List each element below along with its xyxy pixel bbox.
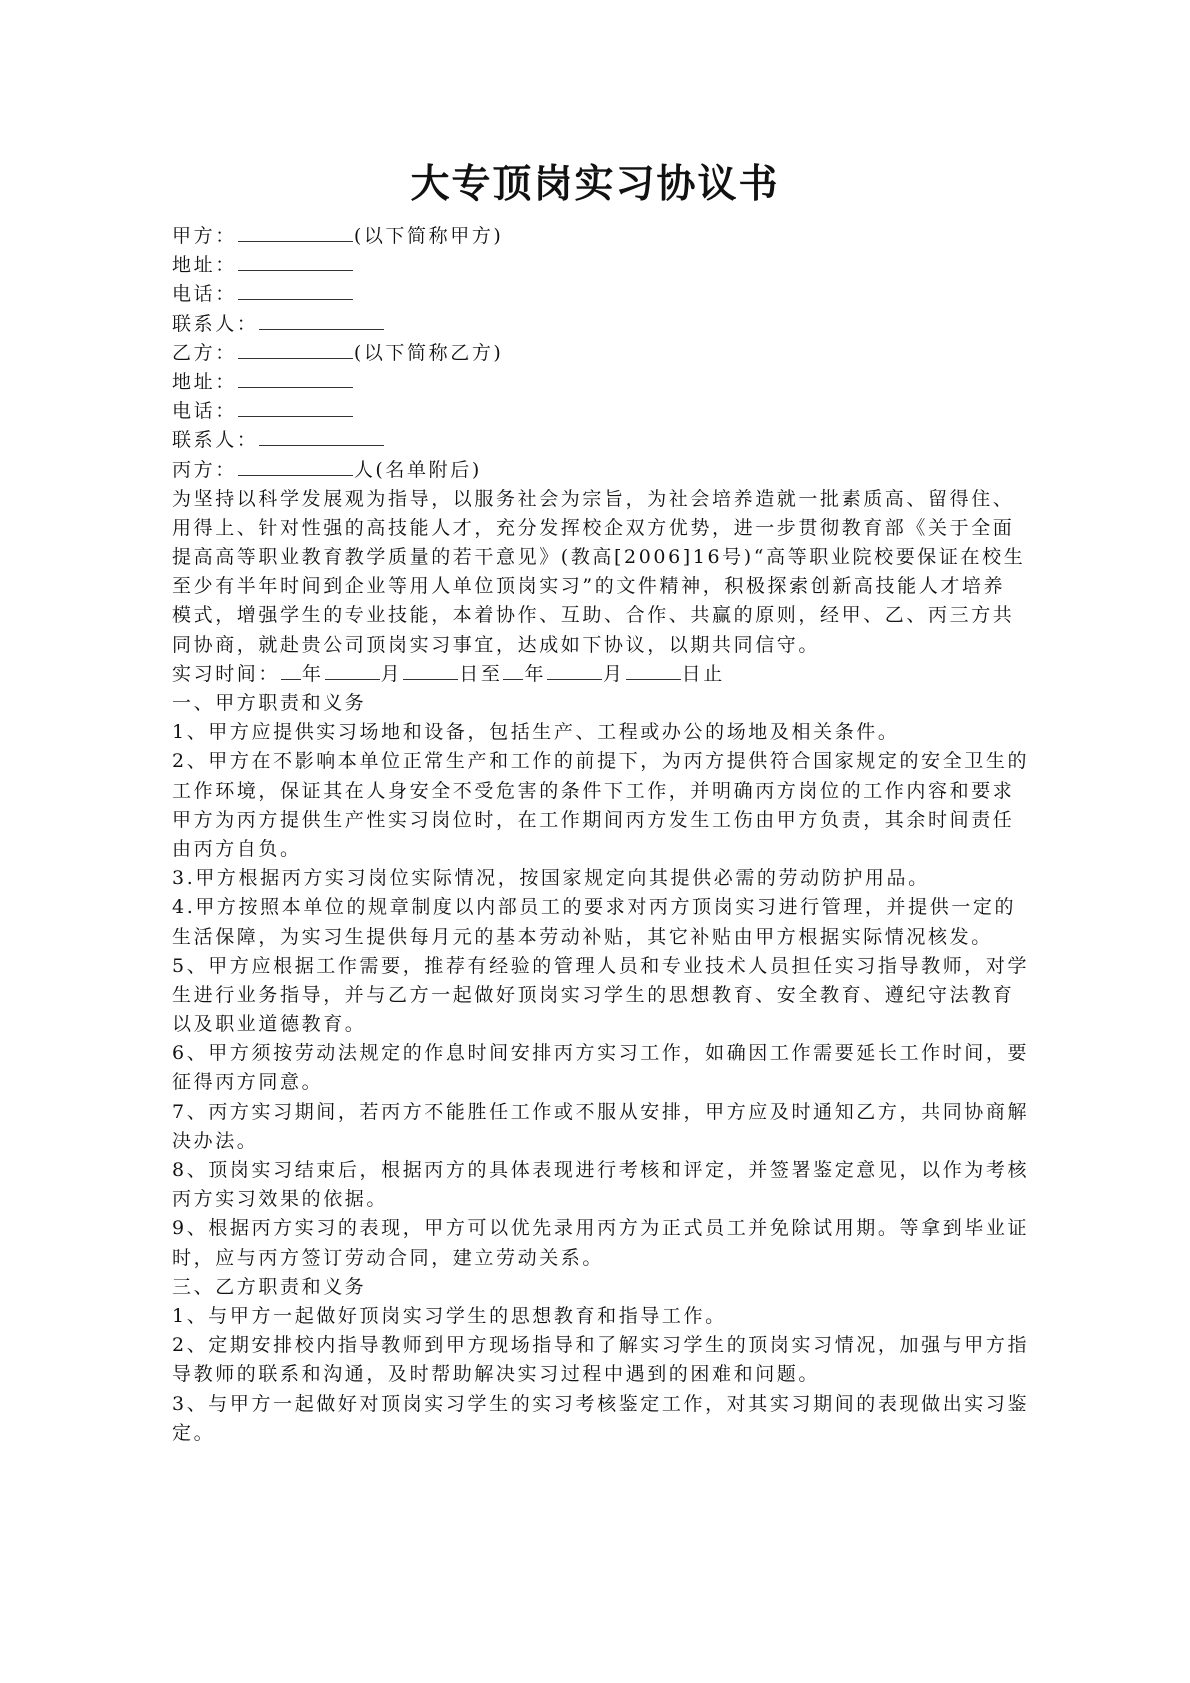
section-1-line: 2、甲方在不影响本单位正常生产和工作的前提下，为丙方提供符合国家规定的安全卫生的 <box>172 747 1018 776</box>
party-b-phone-blank[interactable] <box>238 398 353 417</box>
party-b-label: 乙方： <box>172 342 237 364</box>
preamble-line: 同协商，就赴贵公司顶岗实习事宜，达成如下协议，以期共同信守。 <box>172 631 1018 660</box>
document-title: 大专顶岗实习协议书 <box>0 160 1190 210</box>
party-b-line: 乙方：(以下简称乙方) <box>172 339 1018 368</box>
party-b-address-line: 地址： <box>172 368 1018 397</box>
section-1-line: 甲方为丙方提供生产性实习岗位时，在工作期间丙方发生工伤由甲方负责，其余时间责任 <box>172 806 1018 835</box>
end-month-blank[interactable] <box>547 661 602 680</box>
document-page: 大专顶岗实习协议书 甲方：(以下简称甲方) 地址： 电话： 联系人： 乙方：(以… <box>0 0 1190 1683</box>
section-1-line: 时，应与丙方签订劳动合同，建立劳动关系。 <box>172 1244 1018 1273</box>
day-end-text: 日止 <box>682 663 725 685</box>
section-1-heading: 一、甲方职责和义务 <box>172 689 1018 718</box>
document-body: 甲方：(以下简称甲方) 地址： 电话： 联系人： 乙方：(以下简称乙方) 地址：… <box>172 222 1018 1448</box>
preamble-line: 模式，增强学生的专业技能，本着协作、互助、合作、共赢的原则，经甲、乙、丙三方共 <box>172 601 1018 630</box>
end-month-unit: 月 <box>603 663 625 685</box>
section-3-heading: 三、乙方职责和义务 <box>172 1273 1018 1302</box>
internship-period-label: 实习时间： <box>172 663 280 685</box>
party-a-address-label: 地址： <box>172 254 237 276</box>
party-c-blank[interactable] <box>238 457 353 476</box>
party-b-address-label: 地址： <box>172 371 237 393</box>
section-1-line: 决办法。 <box>172 1127 1018 1156</box>
party-c-label: 丙方： <box>172 459 237 481</box>
start-year-blank[interactable] <box>281 661 301 680</box>
end-day-blank[interactable] <box>626 661 681 680</box>
party-b-phone-line: 电话： <box>172 397 1018 426</box>
start-year-unit: 年 <box>302 663 324 685</box>
section-1-line: 由丙方自负。 <box>172 835 1018 864</box>
preamble-line: 提高高等职业教育教学质量的若干意见》(教高[2006]16号)“高等职业院校要保… <box>172 543 1018 572</box>
party-a-phone-blank[interactable] <box>238 281 353 300</box>
party-b-contact-line: 联系人： <box>172 426 1018 455</box>
party-a-phone-line: 电话： <box>172 280 1018 309</box>
party-b-suffix: (以下简称乙方) <box>354 342 504 364</box>
party-a-address-line: 地址： <box>172 251 1018 280</box>
section-1-line: 6、甲方须按劳动法规定的作息时间安排丙方实习工作，如确因工作需要延长工作时间，要 <box>172 1039 1018 1068</box>
preamble-line: 为坚持以科学发展观为指导，以服务社会为宗旨，为社会培养造就一批素质高、留得住、 <box>172 485 1018 514</box>
section-1-line: 3.甲方根据丙方实习岗位实际情况，按国家规定向其提供必需的劳动防护用品。 <box>172 864 1018 893</box>
party-a-contact-label: 联系人： <box>172 313 258 335</box>
section-1-line: 丙方实习效果的依据。 <box>172 1185 1018 1214</box>
section-3-line: 2、定期安排校内指导教师到甲方现场指导和了解实习学生的顶岗实习情况，加强与甲方指 <box>172 1331 1018 1360</box>
party-a-contact-blank[interactable] <box>259 311 384 330</box>
party-c-suffix: 人(名单附后) <box>354 459 482 481</box>
section-1-line: 9、根据丙方实习的表现，甲方可以优先录用丙方为正式员工并免除试用期。等拿到毕业证 <box>172 1214 1018 1243</box>
section-3-line: 导教师的联系和沟通，及时帮助解决实习过程中遇到的困难和问题。 <box>172 1360 1018 1389</box>
section-3-line: 1、与甲方一起做好顶岗实习学生的思想教育和指导工作。 <box>172 1302 1018 1331</box>
end-year-unit: 年 <box>524 663 546 685</box>
section-1-line: 生进行业务指导，并与乙方一起做好顶岗实习学生的思想教育、安全教育、遵纪守法教育 <box>172 981 1018 1010</box>
internship-period-line: 实习时间：年月日至年月日止 <box>172 660 1018 689</box>
section-1-line: 4.甲方按照本单位的规章制度以内部员工的要求对丙方顶岗实习进行管理，并提供一定的 <box>172 893 1018 922</box>
day-to-text: 日至 <box>459 663 502 685</box>
section-1-line: 生活保障，为实习生提供每月元的基本劳动补贴，其它补贴由甲方根据实际情况核发。 <box>172 923 1018 952</box>
party-a-label: 甲方： <box>172 225 237 247</box>
party-b-address-blank[interactable] <box>238 369 353 388</box>
section-3-line: 3、与甲方一起做好对顶岗实习学生的实习考核鉴定工作，对其实习期间的表现做出实习鉴 <box>172 1390 1018 1419</box>
section-1-line: 工作环境，保证其在人身安全不受危害的条件下工作，并明确丙方岗位的工作内容和要求 <box>172 777 1018 806</box>
section-3-line: 定。 <box>172 1419 1018 1448</box>
section-1-line: 7、丙方实习期间，若丙方不能胜任工作或不服从安排，甲方应及时通知乙方，共同协商解 <box>172 1098 1018 1127</box>
party-a-address-blank[interactable] <box>238 252 353 271</box>
preamble-line: 至少有半年时间到企业等用人单位顶岗实习”的文件精神，积极探索创新高技能人才培养 <box>172 572 1018 601</box>
party-a-line: 甲方：(以下简称甲方) <box>172 222 1018 251</box>
start-month-unit: 月 <box>381 663 403 685</box>
party-a-phone-label: 电话： <box>172 283 237 305</box>
section-1-line: 以及职业道德教育。 <box>172 1010 1018 1039</box>
party-b-contact-blank[interactable] <box>259 427 384 446</box>
end-year-blank[interactable] <box>503 661 523 680</box>
party-a-blank[interactable] <box>238 223 353 242</box>
preamble-line: 用得上、针对性强的高技能人才，充分发挥校企双方优势，进一步贯彻教育部《关于全面 <box>172 514 1018 543</box>
section-1-line: 8、顶岗实习结束后，根据丙方的具体表现进行考核和评定，并签署鉴定意见，以作为考核 <box>172 1156 1018 1185</box>
party-b-contact-label: 联系人： <box>172 429 258 451</box>
start-month-blank[interactable] <box>325 661 380 680</box>
party-c-line: 丙方：人(名单附后) <box>172 456 1018 485</box>
section-1-line: 征得丙方同意。 <box>172 1068 1018 1097</box>
section-1-line: 1、甲方应提供实习场地和设备，包括生产、工程或办公的场地及相关条件。 <box>172 718 1018 747</box>
party-a-contact-line: 联系人： <box>172 310 1018 339</box>
section-1-line: 5、甲方应根据工作需要，推荐有经验的管理人员和专业技术人员担任实习指导教师，对学 <box>172 952 1018 981</box>
party-a-suffix: (以下简称甲方) <box>354 225 504 247</box>
party-b-phone-label: 电话： <box>172 400 237 422</box>
party-b-blank[interactable] <box>238 340 353 359</box>
start-day-blank[interactable] <box>403 661 458 680</box>
